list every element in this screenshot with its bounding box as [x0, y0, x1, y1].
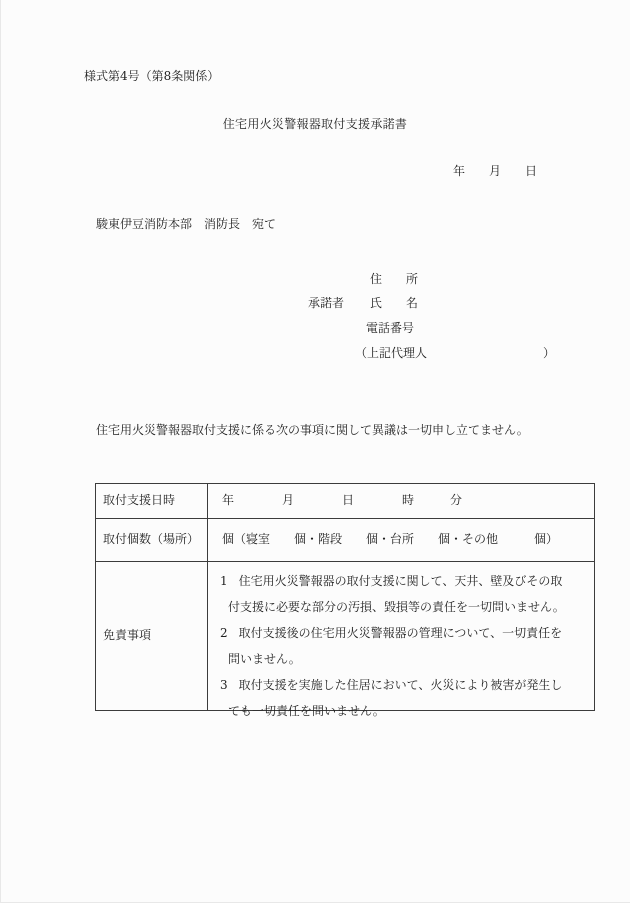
support-conditions-table: 取付支援日時 年 月 日 時 分 取付個数（場所） 個（寝室 個・階段 個・台所…	[95, 483, 595, 711]
disclaimer-item-3-number: 3	[220, 678, 228, 692]
consenter-phone-label: 電話番号	[366, 321, 414, 337]
row-value-disclaimer: 1住宅用火災警報器の取付支援に関して、天井、壁及びその取付支援に必要な部分の汚損…	[207, 562, 594, 710]
disclaimer-item-1: 1住宅用火災警報器の取付支援に関して、天井、壁及びその取付支援に必要な部分の汚損…	[220, 568, 572, 620]
consenter-agent-close-paren: ）	[543, 346, 555, 362]
row-label-disclaimer: 免責事項	[96, 562, 207, 710]
row-label-quantity: 取付個数（場所）	[96, 519, 207, 561]
table-row-disclaimer: 免責事項 1住宅用火災警報器の取付支援に関して、天井、壁及びその取付支援に必要な…	[96, 561, 594, 710]
consenter-name-label: 氏 名	[370, 296, 418, 312]
row-value-datetime: 年 月 日 時 分	[207, 484, 594, 518]
disclaimer-item-2: 2取付支援後の住宅用火災警報器の管理について、一切責任を問いません。	[220, 620, 572, 672]
form-number-label: 様式第4号（第8条関係）	[84, 69, 219, 85]
addressee-line: 駿東伊豆消防本部 消防長 宛て	[96, 217, 276, 233]
consenter-address-label: 住 所	[370, 272, 418, 288]
disclaimer-item-1-text: 住宅用火災警報器の取付支援に関して、天井、壁及びその取付支援に必要な部分の汚損、…	[228, 574, 565, 614]
table-row-datetime: 取付支援日時 年 月 日 時 分	[96, 484, 594, 518]
disclaimer-item-2-number: 2	[220, 626, 228, 640]
document-page: 様式第4号（第8条関係） 住宅用火災警報器取付支援承諾書 年 月 日 駿東伊豆消…	[0, 0, 630, 903]
disclaimer-item-2-text: 取付支援後の住宅用火災警報器の管理について、一切責任を問いません。	[228, 626, 562, 666]
disclaimer-item-3-text: 取付支援を実施した住居において、火災により被害が発生しても一切責任を問いません。	[228, 678, 562, 718]
disclaimer-item-1-number: 1	[220, 574, 228, 588]
row-value-quantity: 個（寝室 個・階段 個・台所 個・その他 個）	[207, 519, 594, 561]
consenter-agent-label: （上記代理人	[355, 346, 427, 362]
date-line: 年 月 日	[453, 164, 537, 180]
disclaimer-item-3: 3取付支援を実施した住居において、火災により被害が発生しても一切責任を問いません…	[220, 672, 572, 724]
row-label-datetime: 取付支援日時	[96, 484, 207, 518]
document-title: 住宅用火災警報器取付支援承諾書	[0, 117, 630, 133]
table-row-quantity: 取付個数（場所） 個（寝室 個・階段 個・台所 個・その他 個）	[96, 518, 594, 561]
consenter-role-label: 承諾者	[308, 296, 344, 312]
statement-paragraph: 住宅用火災警報器取付支援に係る次の事項に関して異議は一切申し立てません。	[96, 423, 529, 439]
